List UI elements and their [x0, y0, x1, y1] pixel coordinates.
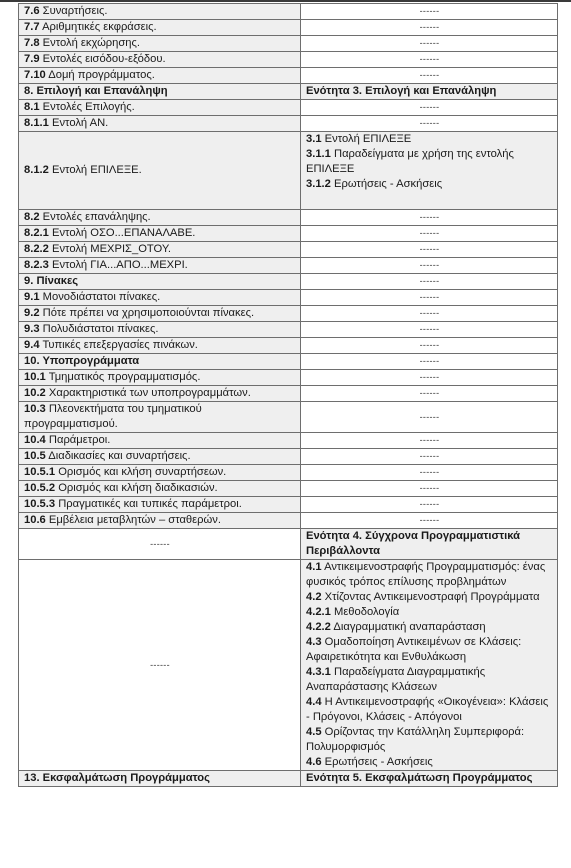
new-curriculum-cell: ------	[301, 116, 558, 132]
old-curriculum-cell: 10.2 Χαρακτηριστικά των υποπρογραμμάτων.	[19, 386, 301, 402]
table-row: 8.2.2 Εντολή ΜΕΧΡΙΣ_ΟΤΟΥ. ------	[19, 242, 558, 258]
new-curriculum-cell: ------	[301, 386, 558, 402]
table-row: 10.6 Εμβέλεια μεταβλητών – σταθερών. ---…	[19, 513, 558, 529]
section-number: 3.1.2	[306, 178, 331, 190]
section-title: Παράμετροι.	[49, 434, 110, 446]
syllabus-comparison-table: 7.6 Συναρτήσεις. ------ 7.7 Αριθμητικές …	[18, 3, 558, 787]
section-number: 4.4	[306, 696, 322, 708]
section-title: Δομή προγράμματος.	[48, 69, 155, 81]
section-title: Ορίζοντας την Κατάλληλη Συμπεριφορά: Πολ…	[306, 726, 524, 753]
old-curriculum-cell: 7.6 Συναρτήσεις.	[19, 4, 301, 20]
section-title: Πότε πρέπει να χρησιμοποιούνται πίνακες.	[43, 307, 254, 319]
section-number: 4.2	[306, 591, 322, 603]
table-row: 10.1 Τμηματικός προγραμματισμός. ------	[19, 370, 558, 386]
table-row: 7.6 Συναρτήσεις. ------	[19, 4, 558, 20]
section-title: Ερωτήσεις - Ασκήσεις	[334, 178, 442, 190]
chapter-heading-cell: 8. Επιλογή και Επανάληψη	[19, 84, 301, 100]
table-row: 10.5.1 Ορισμός και κλήση συναρτήσεων. --…	[19, 465, 558, 481]
section-number: 9.4	[24, 339, 40, 351]
section-title: Πολυδιάστατοι πίνακες.	[43, 323, 159, 335]
section-number: 10.2	[24, 387, 46, 399]
section-title: Μονοδιάστατοι πίνακες.	[43, 291, 161, 303]
section-title: Τυπικές επεξεργασίες πινάκων.	[42, 339, 197, 351]
new-curriculum-cell: ------	[301, 338, 558, 354]
new-curriculum-cell: ------	[301, 322, 558, 338]
section-number: 3.1	[306, 133, 322, 145]
section-title: Πλεονεκτήματα του τμηματικού προγραμματι…	[24, 403, 202, 430]
old-curriculum-cell: 9.1 Μονοδιάστατοι πίνακες.	[19, 290, 301, 306]
table-row: 8.2.3 Εντολή ΓΙΑ...ΑΠΟ...ΜΕΧΡΙ. ------	[19, 258, 558, 274]
section-number: 9.3	[24, 323, 40, 335]
new-curriculum-cell: ------	[301, 497, 558, 513]
subsection-item: 3.1.2 Ερωτήσεις - Ασκήσεις	[306, 177, 553, 192]
subsection-item: 4.4 Η Αντικειμενοστραφής «Οικογένεια»: Κ…	[306, 695, 553, 725]
section-number: 7.10	[24, 69, 46, 81]
table-row: 8.2 Εντολές επανάληψης. ------	[19, 210, 558, 226]
table-row: 9.3 Πολυδιάστατοι πίνακες. ------	[19, 322, 558, 338]
old-curriculum-cell: 8.2.3 Εντολή ΓΙΑ...ΑΠΟ...ΜΕΧΡΙ.	[19, 258, 301, 274]
subsection-item: 4.2.1 Μεθοδολογία	[306, 605, 553, 620]
unit-heading-cell: Ενότητα 4. Σύγχρονα Προγραμματιστικά Περ…	[301, 529, 558, 560]
table-row: ------ Ενότητα 4. Σύγχρονα Προγραμματιστ…	[19, 529, 558, 560]
old-curriculum-cell: 9.2 Πότε πρέπει να χρησιμοποιούνται πίνα…	[19, 306, 301, 322]
section-title: Πραγματικές και τυπικές παράμετροι.	[58, 498, 242, 510]
new-curriculum-cell: ------	[301, 354, 558, 370]
unit-heading-cell: Ενότητα 5. Εκσφαλμάτωση Προγράμματος	[301, 771, 558, 787]
new-curriculum-cell: ------	[301, 4, 558, 20]
section-title: Εντολή ΟΣΟ...ΕΠΑΝΑΛΑΒΕ.	[52, 227, 195, 239]
section-title: Εντολή ΕΠΙΛΕΞΕ	[325, 133, 412, 145]
old-curriculum-cell: 10.5 Διαδικασίες και συναρτήσεις.	[19, 449, 301, 465]
section-title: Εντολή ΜΕΧΡΙΣ_ΟΤΟΥ.	[52, 243, 171, 255]
section-title: Εντολή ΑΝ.	[52, 117, 108, 129]
table-row: 9.1 Μονοδιάστατοι πίνακες. ------	[19, 290, 558, 306]
new-curriculum-cell: ------	[301, 20, 558, 36]
table-row: 7.10 Δομή προγράμματος. ------	[19, 68, 558, 84]
table-row: 7.7 Αριθμητικές εκφράσεις. ------	[19, 20, 558, 36]
chapter-heading-cell: 13. Εκσφαλμάτωση Προγράμματος	[19, 771, 301, 787]
subsection-item: 4.2 Χτίζοντας Αντικειμενοστραφή Προγράμμ…	[306, 590, 553, 605]
old-curriculum-cell: 10.6 Εμβέλεια μεταβλητών – σταθερών.	[19, 513, 301, 529]
subsection-item: 4.2.2 Διαγραμματική αναπαράσταση	[306, 620, 553, 635]
old-curriculum-cell: 10.5.3 Πραγματικές και τυπικές παράμετρο…	[19, 497, 301, 513]
section-title: Διαδικασίες και συναρτήσεις.	[48, 450, 190, 462]
subsection-item: 4.3 Ομαδοποίηση Αντικειμένων σε Κλάσεις:…	[306, 635, 553, 665]
subsection-item: 4.6 Ερωτήσεις - Ασκήσεις	[306, 755, 553, 770]
section-title: Εντολή εκχώρησης.	[43, 37, 140, 49]
chapter-heading-cell: 10. Υποπρογράμματα	[19, 354, 301, 370]
old-curriculum-cell: 8.2.2 Εντολή ΜΕΧΡΙΣ_ΟΤΟΥ.	[19, 242, 301, 258]
new-curriculum-cell: ------	[301, 36, 558, 52]
section-title: Ερωτήσεις - Ασκήσεις	[325, 756, 433, 768]
new-curriculum-cell: ------	[301, 449, 558, 465]
old-curriculum-cell: ------	[19, 529, 301, 560]
section-title: Η Αντικειμενοστραφής «Οικογένεια»: Κλάσε…	[306, 696, 548, 723]
table-row: 8. Επιλογή και Επανάληψη Ενότητα 3. Επιλ…	[19, 84, 558, 100]
new-curriculum-cell: ------	[301, 274, 558, 290]
page-top-rule	[0, 0, 571, 2]
section-number: 4.5	[306, 726, 322, 738]
section-title: Εντολές εισόδου-εξόδου.	[43, 53, 166, 65]
section-number: 8.2.2	[24, 243, 49, 255]
subsection-item: 4.1 Αντικειμενοστραφής Προγραμματισμός: …	[306, 560, 553, 590]
old-curriculum-cell: 10.3 Πλεονεκτήματα του τμηματικού προγρα…	[19, 402, 301, 433]
section-title: Εντολή ΕΠΙΛΕΞΕ.	[52, 164, 142, 176]
section-title: Παραδείγματα Διαγραμματικής Αναπαράσταση…	[306, 666, 485, 693]
section-title: Εντολή ΓΙΑ...ΑΠΟ...ΜΕΧΡΙ.	[52, 259, 188, 271]
old-curriculum-cell: 9.3 Πολυδιάστατοι πίνακες.	[19, 322, 301, 338]
section-number: 10.5.1	[24, 466, 55, 478]
table-row: 10.4 Παράμετροι. ------	[19, 433, 558, 449]
section-number: 10.4	[24, 434, 46, 446]
new-curriculum-cell: ------	[301, 68, 558, 84]
section-title: Χαρακτηριστικά των υποπρογραμμάτων.	[49, 387, 251, 399]
table-row: 8.1 Εντολές Επιλογής. ------	[19, 100, 558, 116]
section-title: Χτίζοντας Αντικειμενοστραφή Προγράμματα	[325, 591, 540, 603]
table-row: 7.9 Εντολές εισόδου-εξόδου. ------	[19, 52, 558, 68]
table-row: 10.5 Διαδικασίες και συναρτήσεις. ------	[19, 449, 558, 465]
section-number: 4.2.2	[306, 621, 331, 633]
new-curriculum-cell: ------	[301, 370, 558, 386]
table-row: 10.5.2 Ορισμός και κλήση διαδικασιών. --…	[19, 481, 558, 497]
section-title: Τμηματικός προγραμματισμός.	[49, 371, 201, 383]
old-curriculum-cell: 7.7 Αριθμητικές εκφράσεις.	[19, 20, 301, 36]
old-curriculum-cell: 8.1.1 Εντολή ΑΝ.	[19, 116, 301, 132]
table-row: 9.2 Πότε πρέπει να χρησιμοποιούνται πίνα…	[19, 306, 558, 322]
old-curriculum-cell: 9.4 Τυπικές επεξεργασίες πινάκων.	[19, 338, 301, 354]
section-number: 8.2	[24, 211, 40, 223]
section-title: Εντολές Επιλογής.	[43, 101, 135, 113]
section-number: 10.5.2	[24, 482, 55, 494]
section-title: Εντολές επανάληψης.	[43, 211, 151, 223]
new-curriculum-cell: ------	[301, 210, 558, 226]
section-title: Αριθμητικές εκφράσεις.	[42, 21, 157, 33]
table-row: 8.1.2 Εντολή ΕΠΙΛΕΞΕ. 3.1 Εντολή ΕΠΙΛΕΞΕ…	[19, 132, 558, 210]
section-number: 4.3.1	[306, 666, 331, 678]
section-number: 10.1	[24, 371, 46, 383]
old-curriculum-cell: 8.2 Εντολές επανάληψης.	[19, 210, 301, 226]
table-row: ------ 4.1 Αντικειμενοστραφής Προγραμματ…	[19, 560, 558, 771]
section-number: 9.1	[24, 291, 40, 303]
table-row: 9. Πίνακες ------	[19, 274, 558, 290]
subsection-item: 4.5 Ορίζοντας την Κατάλληλη Συμπεριφορά:…	[306, 725, 553, 755]
section-number: 8.1.1	[24, 117, 49, 129]
table-row: 10.5.3 Πραγματικές και τυπικές παράμετρο…	[19, 497, 558, 513]
section-title: Μεθοδολογία	[334, 606, 399, 618]
section-number: 8.2.1	[24, 227, 49, 239]
section-title: Ορισμός και κλήση διαδικασιών.	[58, 482, 217, 494]
section-number: 10.5.3	[24, 498, 55, 510]
section-number: 10.6	[24, 514, 46, 526]
section-title: Συναρτήσεις.	[43, 5, 108, 17]
new-curriculum-cell: ------	[301, 306, 558, 322]
chapter-heading-cell: 9. Πίνακες	[19, 274, 301, 290]
new-curriculum-cell: ------	[301, 402, 558, 433]
section-number: 8.1.2	[24, 164, 49, 176]
old-curriculum-cell: 10.1 Τμηματικός προγραμματισμός.	[19, 370, 301, 386]
old-curriculum-cell: 10.5.1 Ορισμός και κλήση συναρτήσεων.	[19, 465, 301, 481]
table-row: 7.8 Εντολή εκχώρησης. ------	[19, 36, 558, 52]
section-title: Διαγραμματική αναπαράσταση	[333, 621, 485, 633]
old-curriculum-cell: ------	[19, 560, 301, 771]
section-number: 10.5	[24, 450, 46, 462]
section-number: 10.3	[24, 403, 46, 415]
section-number: 7.9	[24, 53, 40, 65]
section-number: 4.3	[306, 636, 322, 648]
section-number: 8.2.3	[24, 259, 49, 271]
old-curriculum-cell: 10.4 Παράμετροι.	[19, 433, 301, 449]
new-curriculum-cell: ------	[301, 226, 558, 242]
table-row: 8.1.1 Εντολή ΑΝ. ------	[19, 116, 558, 132]
subsection-item: 4.3.1 Παραδείγματα Διαγραμματικής Αναπαρ…	[306, 665, 553, 695]
old-curriculum-cell: 7.9 Εντολές εισόδου-εξόδου.	[19, 52, 301, 68]
section-title: Αντικειμενοστραφής Προγραμματισμός: ένας…	[306, 561, 545, 588]
table-row: 9.4 Τυπικές επεξεργασίες πινάκων. ------	[19, 338, 558, 354]
new-curriculum-cell: ------	[301, 242, 558, 258]
old-curriculum-cell: 7.8 Εντολή εκχώρησης.	[19, 36, 301, 52]
new-curriculum-cell: ------	[301, 52, 558, 68]
old-curriculum-cell: 8.2.1 Εντολή ΟΣΟ...ΕΠΑΝΑΛΑΒΕ.	[19, 226, 301, 242]
section-title: Εμβέλεια μεταβλητών – σταθερών.	[49, 514, 221, 526]
subsection-item: 3.1 Εντολή ΕΠΙΛΕΞΕ	[306, 132, 553, 147]
section-number: 7.8	[24, 37, 40, 49]
section-number: 7.7	[24, 21, 40, 33]
table-row: 10.2 Χαρακτηριστικά των υποπρογραμμάτων.…	[19, 386, 558, 402]
unit-heading-cell: Ενότητα 3. Επιλογή και Επανάληψη	[301, 84, 558, 100]
new-curriculum-cell: ------	[301, 465, 558, 481]
new-curriculum-cell: ------	[301, 513, 558, 529]
table-row: 8.2.1 Εντολή ΟΣΟ...ΕΠΑΝΑΛΑΒΕ. ------	[19, 226, 558, 242]
new-curriculum-cell: ------	[301, 433, 558, 449]
table-row: 10. Υποπρογράμματα ------	[19, 354, 558, 370]
section-number: 8.1	[24, 101, 40, 113]
section-title: Ομαδοποίηση Αντικειμένων σε Κλάσεις: Αφα…	[306, 636, 521, 663]
section-title: Ορισμός και κλήση συναρτήσεων.	[58, 466, 226, 478]
section-title: Παραδείγματα με χρήση της εντολής ΕΠΙΛΕΞ…	[306, 148, 514, 175]
new-curriculum-cell: ------	[301, 258, 558, 274]
section-number: 4.1	[306, 561, 322, 573]
old-curriculum-cell: 10.5.2 Ορισμός και κλήση διαδικασιών.	[19, 481, 301, 497]
old-curriculum-cell: 7.10 Δομή προγράμματος.	[19, 68, 301, 84]
new-curriculum-cell: 4.1 Αντικειμενοστραφής Προγραμματισμός: …	[301, 560, 558, 771]
new-curriculum-cell: ------	[301, 290, 558, 306]
old-curriculum-cell: 8.1 Εντολές Επιλογής.	[19, 100, 301, 116]
section-number: 3.1.1	[306, 148, 331, 160]
section-number: 9.2	[24, 307, 40, 319]
old-curriculum-cell: 8.1.2 Εντολή ΕΠΙΛΕΞΕ.	[19, 132, 301, 210]
table-row: 10.3 Πλεονεκτήματα του τμηματικού προγρα…	[19, 402, 558, 433]
section-number: 4.6	[306, 756, 322, 768]
section-number: 4.2.1	[306, 606, 331, 618]
new-curriculum-cell: ------	[301, 100, 558, 116]
section-number: 7.6	[24, 5, 40, 17]
new-curriculum-cell: ------	[301, 481, 558, 497]
new-curriculum-cell: 3.1 Εντολή ΕΠΙΛΕΞΕ 3.1.1 Παραδείγματα με…	[301, 132, 558, 210]
table-row: 13. Εκσφαλμάτωση Προγράμματος Ενότητα 5.…	[19, 771, 558, 787]
subsection-item: 3.1.1 Παραδείγματα με χρήση της εντολής …	[306, 147, 553, 177]
